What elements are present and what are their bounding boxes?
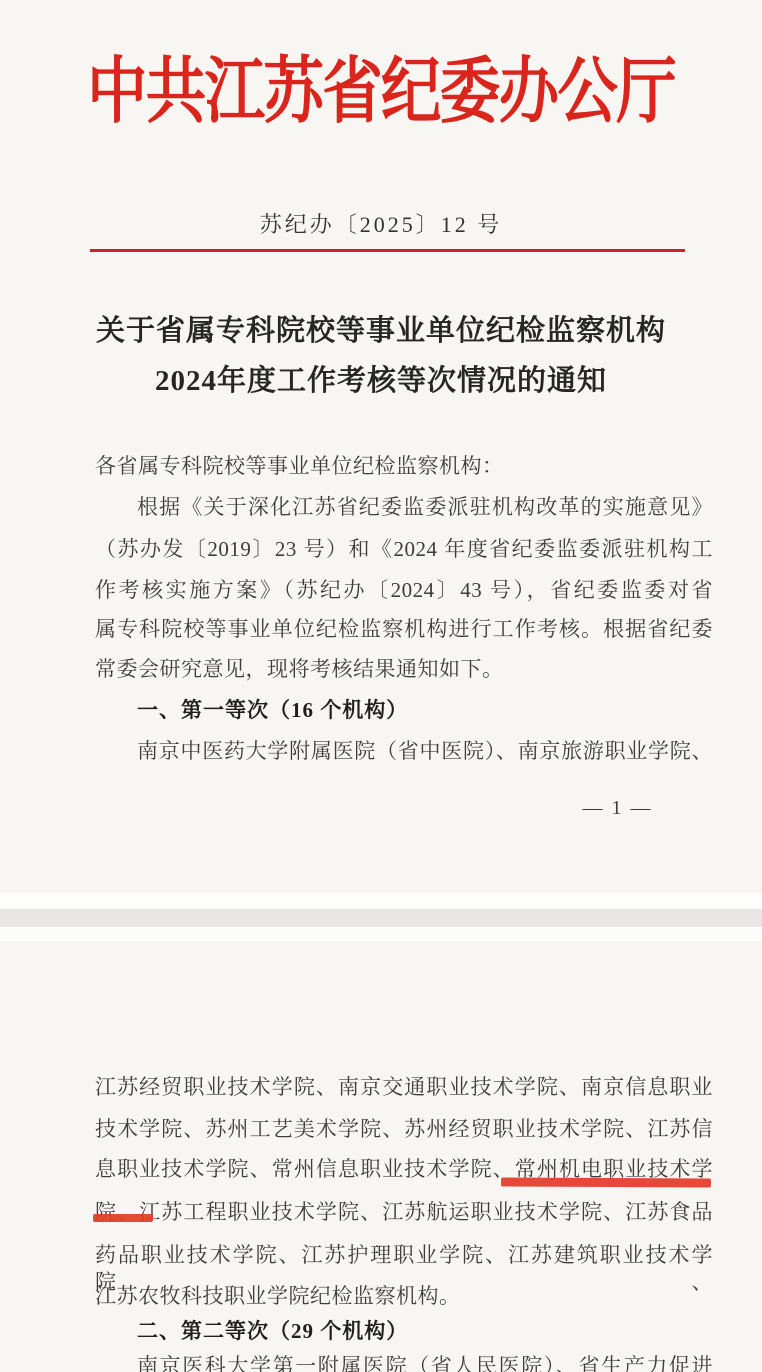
salutation-line: 各省属专科院校等事业单位纪检监察机构： (95, 453, 713, 480)
body-line: 技术学院、苏州工艺美术学院、苏州经贸职业技术学院、江苏信 (95, 1116, 713, 1143)
scanned-document: 中共江苏省纪委办公厅 苏纪办〔2025〕12 号 关于省属专科院校等事业单位纪检… (0, 0, 762, 1372)
separator-gray-band (0, 909, 762, 927)
body-line: （苏办发〔2019〕23 号）和《2024 年度省纪委监委派驻机构工 (95, 536, 713, 563)
page-number: — 1 — (560, 797, 675, 820)
document-number: 苏纪办〔2025〕12 号 (0, 208, 762, 239)
red-underline-annotation-1 (501, 1177, 711, 1187)
document-masthead: 中共江苏省纪委办公厅 (87, 46, 675, 138)
body-line: 南京医科大学第一附属医院（省人民医院）、省生产力促进 (95, 1353, 713, 1372)
body-line: 南京中医药大学附属医院（省中医院）、南京旅游职业学院、 (95, 738, 713, 765)
body-line: 根据《关于深化江苏省纪委监委派驻机构改革的实施意见》 (95, 494, 713, 521)
document-title-line-2: 2024年度工作考核等次情况的通知 (0, 358, 762, 399)
page-2-top-edge (0, 927, 762, 941)
body-line: 属专科院校等事业单位纪检监察机构进行工作考核。根据省纪委 (95, 616, 713, 643)
body-line-with-underline: 院、江苏工程职业技术学院、江苏航运职业技术学院、江苏食品 (95, 1199, 713, 1226)
red-divider-rule (90, 249, 685, 252)
red-underline-annotation-2 (93, 1214, 153, 1222)
section-heading-first-tier: 一、第一等次（16 个机构） (95, 697, 713, 724)
body-line: 作考核实施方案》（苏纪办〔2024〕43 号），省纪委监委对省 (95, 577, 713, 604)
body-line: 江苏经贸职业技术学院、南京交通职业技术学院、南京信息职业 (95, 1074, 713, 1101)
document-title-line-1: 关于省属专科院校等事业单位纪检监察机构 (0, 308, 762, 349)
body-line: 常委会研究意见，现将考核结果通知如下。 (95, 656, 713, 683)
body-line: 江苏农牧科技职业学院纪检监察机构。 (95, 1283, 713, 1310)
section-heading-second-tier: 二、第二等次（29 个机构） (95, 1318, 713, 1345)
page-1-bottom-edge (0, 893, 762, 909)
